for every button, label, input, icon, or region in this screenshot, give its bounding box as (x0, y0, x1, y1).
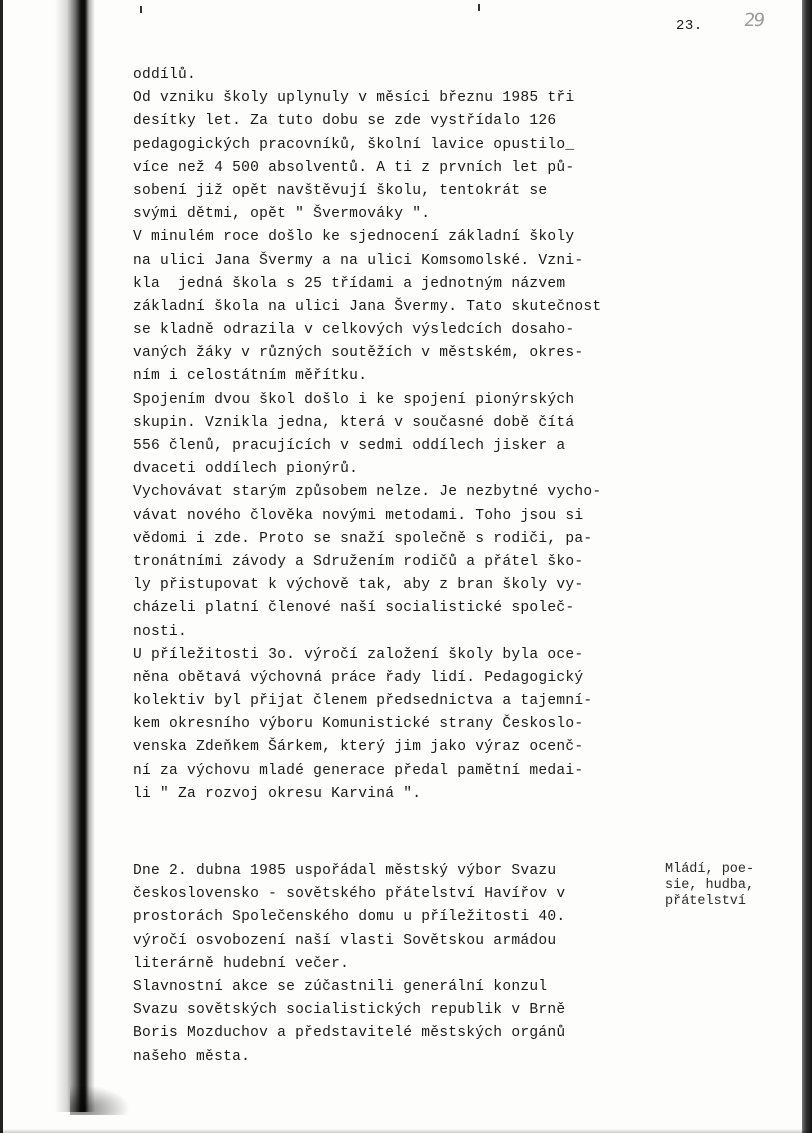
margin-note: Mládí, poe-sie, hudba,přátelství (665, 862, 805, 910)
text-line: našeho města. (133, 1046, 653, 1069)
main-text-block: oddílů.Od vzniku školy uplynuly v měsíci… (133, 64, 678, 806)
text-line: na ulici Jana Švermy a na ulici Komsomol… (133, 250, 678, 273)
punch-mark (478, 4, 480, 11)
text-line: kolektiv byl přijat členem předsednictva… (133, 690, 678, 713)
text-line: Vychovávat starým způsobem nelze. Je nez… (133, 481, 678, 504)
text-line: Od vzniku školy uplynuly v měsíci březnu… (133, 87, 678, 110)
text-line: výročí osvobození naší vlasti Sovětskou … (133, 930, 653, 953)
text-line: venska Zdeňkem Šárkem, který jim jako vý… (133, 736, 678, 759)
text-line: tronátními závody a Sdružením rodičů a p… (133, 551, 678, 574)
punch-mark (140, 6, 142, 13)
page-left-edge (0, 0, 3, 1133)
text-line: svými dětmi, opět " Švermováky ". (133, 203, 678, 226)
text-line: Boris Mozduchov a představitelé městskýc… (133, 1022, 653, 1045)
margin-note-line: přátelství (665, 894, 805, 910)
text-line: ly přistupovat k výchově tak, aby z bran… (133, 574, 678, 597)
text-line: více než 4 500 absolventů. A ti z prvníc… (133, 157, 678, 180)
text-line: pedagogických pracovníků, školní lavice … (133, 134, 678, 157)
text-line: Svazu sovětských socialistických republi… (133, 999, 653, 1022)
text-line: 556 členů, pracujících v sedmi oddílech … (133, 435, 678, 458)
text-line: V minulém roce došlo ke sjednocení zákla… (133, 226, 678, 249)
event-text-block: Dne 2. dubna 1985 uspořádal městský výbo… (133, 860, 653, 1069)
text-line: vaných žáky v různých soutěžích v městsk… (133, 342, 678, 365)
binding-shadow (55, 0, 95, 1112)
text-line: U příležitosti 3o. výročí založení školy… (133, 644, 678, 667)
text-line: ním i celostátním měřítku. (133, 365, 678, 388)
typed-page-number: 23. (676, 18, 703, 34)
text-line: cházeli platní členové naší socialistick… (133, 597, 678, 620)
text-line: vědomi i zde. Proto se snaží společně s … (133, 528, 678, 551)
text-line: oddílů. (133, 64, 678, 87)
text-line: nosti. (133, 621, 678, 644)
text-line: skupin. Vznikla jedna, která v současné … (133, 412, 678, 435)
text-line: ní za výchovu mladé generace předal pamě… (133, 760, 678, 783)
text-line: se kladně odrazila v celkových výsledcíc… (133, 319, 678, 342)
text-line: kem okresního výboru Komunistické strany… (133, 713, 678, 736)
page-bottom-edge (0, 1129, 812, 1133)
text-line: československo - sovětského přátelství H… (133, 883, 653, 906)
scanned-document-page: 23. 29 oddílů.Od vzniku školy uplynuly v… (0, 0, 812, 1133)
text-line: Spojením dvou škol došlo i ke spojení pi… (133, 389, 678, 412)
text-line: literárně hudební večer. (133, 953, 653, 976)
text-line: prostorách Společenského domu u příležit… (133, 906, 653, 929)
text-line: Dne 2. dubna 1985 uspořádal městský výbo… (133, 860, 653, 883)
margin-note-line: Mládí, poe- (665, 862, 805, 878)
text-line: sobení již opět navštěvují školu, tentok… (133, 180, 678, 203)
binding-shadow-foot (70, 1085, 130, 1115)
margin-note-line: sie, hudba, (665, 878, 805, 894)
page-right-edge (802, 0, 812, 1133)
text-line: základní škola na ulici Jana Švermy. Tat… (133, 296, 678, 319)
text-line: kla jedná škola s 25 třídami a jednotným… (133, 273, 678, 296)
text-line: dvaceti oddílech pionýrů. (133, 458, 678, 481)
text-line: li " Za rozvoj okresu Karviná ". (133, 783, 678, 806)
text-line: Slavnostní akce se zúčastnili generální … (133, 976, 653, 999)
text-line: něna obětavá výchovná práce řady lidí. P… (133, 667, 678, 690)
text-line: vávat nového člověka novými metodami. To… (133, 505, 678, 528)
archive-page-number: 29 (743, 10, 764, 31)
text-line: desítky let. Za tuto dobu se zde vystříd… (133, 110, 678, 133)
